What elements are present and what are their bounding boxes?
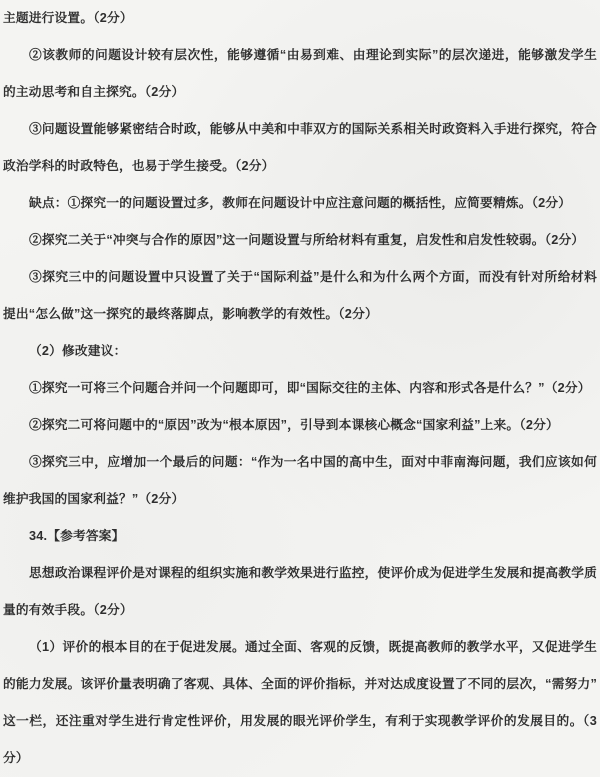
text-line: 这一栏，还注重对学生进行肯定性评价，用发展的眼光评价学生，有利于实现教学评价的发… xyxy=(3,703,597,740)
text-line: （1）评价的根本目的在于促进发展。通过全面、客观的反馈，既提高教师的教学水平，又… xyxy=(3,629,597,666)
section-heading: 34.【参考答案】 xyxy=(3,518,597,555)
text-line: 维护我国的国家利益？”（2分） xyxy=(3,481,597,518)
text-line: ①探究一可将三个问题合并问一个问题即可，即“国际交往的主体、内容和形式各是什么？… xyxy=(3,370,597,407)
text-line: 主题进行设置。（2分） xyxy=(3,0,597,37)
text-line: 缺点：①探究一的问题设置过多，教师在问题设计中应注意问题的概括性，应简要精炼。（… xyxy=(3,185,597,222)
text-line: 的能力发展。该评价量表明确了客观、具体、全面的评价指标，并对达成度设置了不同的层… xyxy=(3,666,597,703)
text-line: ③问题设置能够紧密结合时政，能够从中美和中菲双方的国际关系相关时政资料入手进行探… xyxy=(3,111,597,148)
text-line: 的主动思考和自主探究。（2分） xyxy=(3,74,597,111)
text-line: 提出“怎么做”这一探究的最终落脚点，影响教学的有效性。（2分） xyxy=(3,296,597,333)
text-line: ③探究三中的问题设置中只设置了关于“国际利益”是什么和为什么两个方面，而没有针对… xyxy=(3,259,597,296)
section-heading: （2）修改建议： xyxy=(3,333,597,370)
text-line: 分） xyxy=(3,740,597,777)
document-page: 主题进行设置。（2分） ②该教师的问题设计较有层次性，能够遵循“由易到难、由理论… xyxy=(0,0,600,777)
text-line: 政治学科的时政特色，也易于学生接受。（2分） xyxy=(3,148,597,185)
text-line: ③探究三中，应增加一个最后的问题：“作为一名中国的高中生，面对中菲南海问题，我们… xyxy=(3,444,597,481)
text-line: ②该教师的问题设计较有层次性，能够遵循“由易到难、由理论到实际”的层次递进，能够… xyxy=(3,37,597,74)
text-line: ②探究二可将问题中的“原因”改为“根本原因”，引导到本课核心概念“国家利益”上来… xyxy=(3,407,597,444)
text-line: ②探究二关于“冲突与合作的原因”这一问题设置与所给材料有重复，启发性和启发性较弱… xyxy=(3,222,597,259)
text-line: 思想政治课程评价是对课程的组织实施和教学效果进行监控，使评价成为促进学生发展和提… xyxy=(3,555,597,592)
text-line: 量的有效手段。（2分） xyxy=(3,592,597,629)
